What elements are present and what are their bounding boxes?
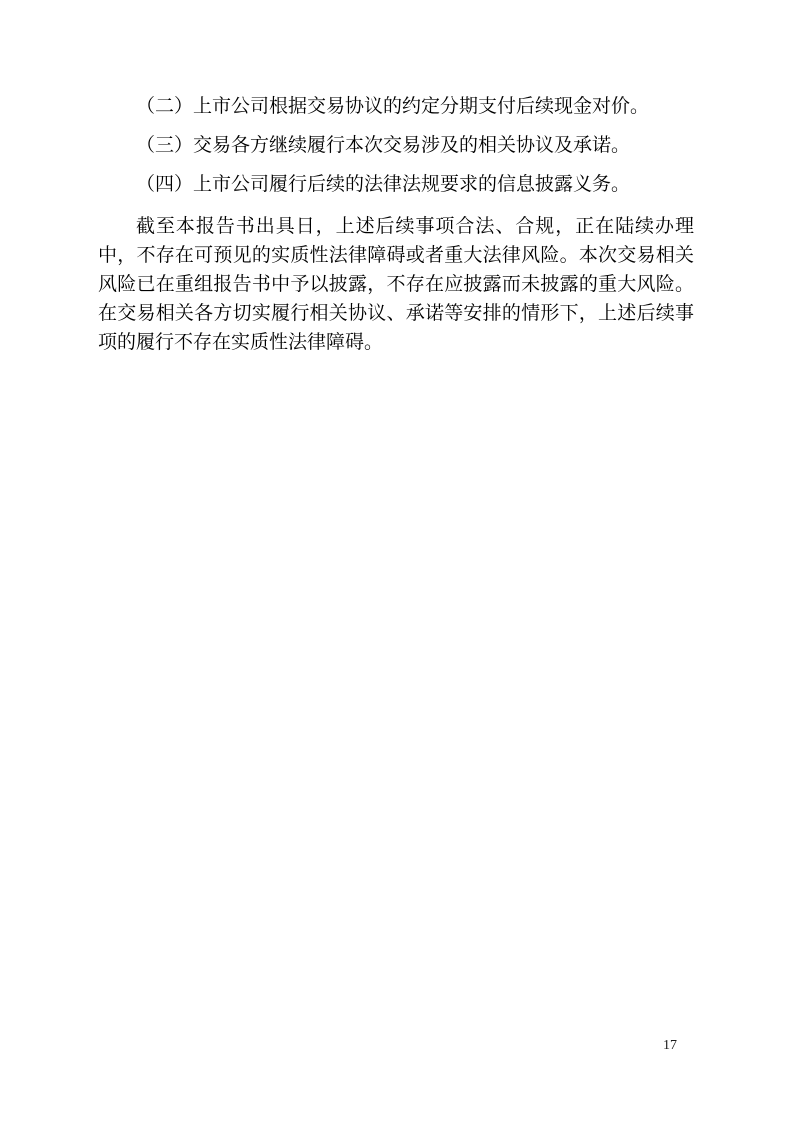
list-item-3: （三）交易各方继续履行本次交易涉及的相关协议及承诺。 — [98, 131, 694, 160]
list-item-4: （四）上市公司履行后续的法律法规要求的信息披露义务。 — [98, 170, 694, 199]
document-content: （二）上市公司根据交易协议的约定分期支付后续现金对价。 （三）交易各方继续履行本… — [98, 92, 694, 357]
document-page: （二）上市公司根据交易协议的约定分期支付后续现金对价。 （三）交易各方继续履行本… — [0, 0, 793, 1122]
closing-paragraph: 截至本报告书出具日，上述后续事项合法、合规，正在陆续办理中，不存在可预见的实质性… — [98, 212, 694, 357]
list-item-2: （二）上市公司根据交易协议的约定分期支付后续现金对价。 — [98, 92, 694, 121]
page-number: 17 — [655, 1038, 685, 1054]
